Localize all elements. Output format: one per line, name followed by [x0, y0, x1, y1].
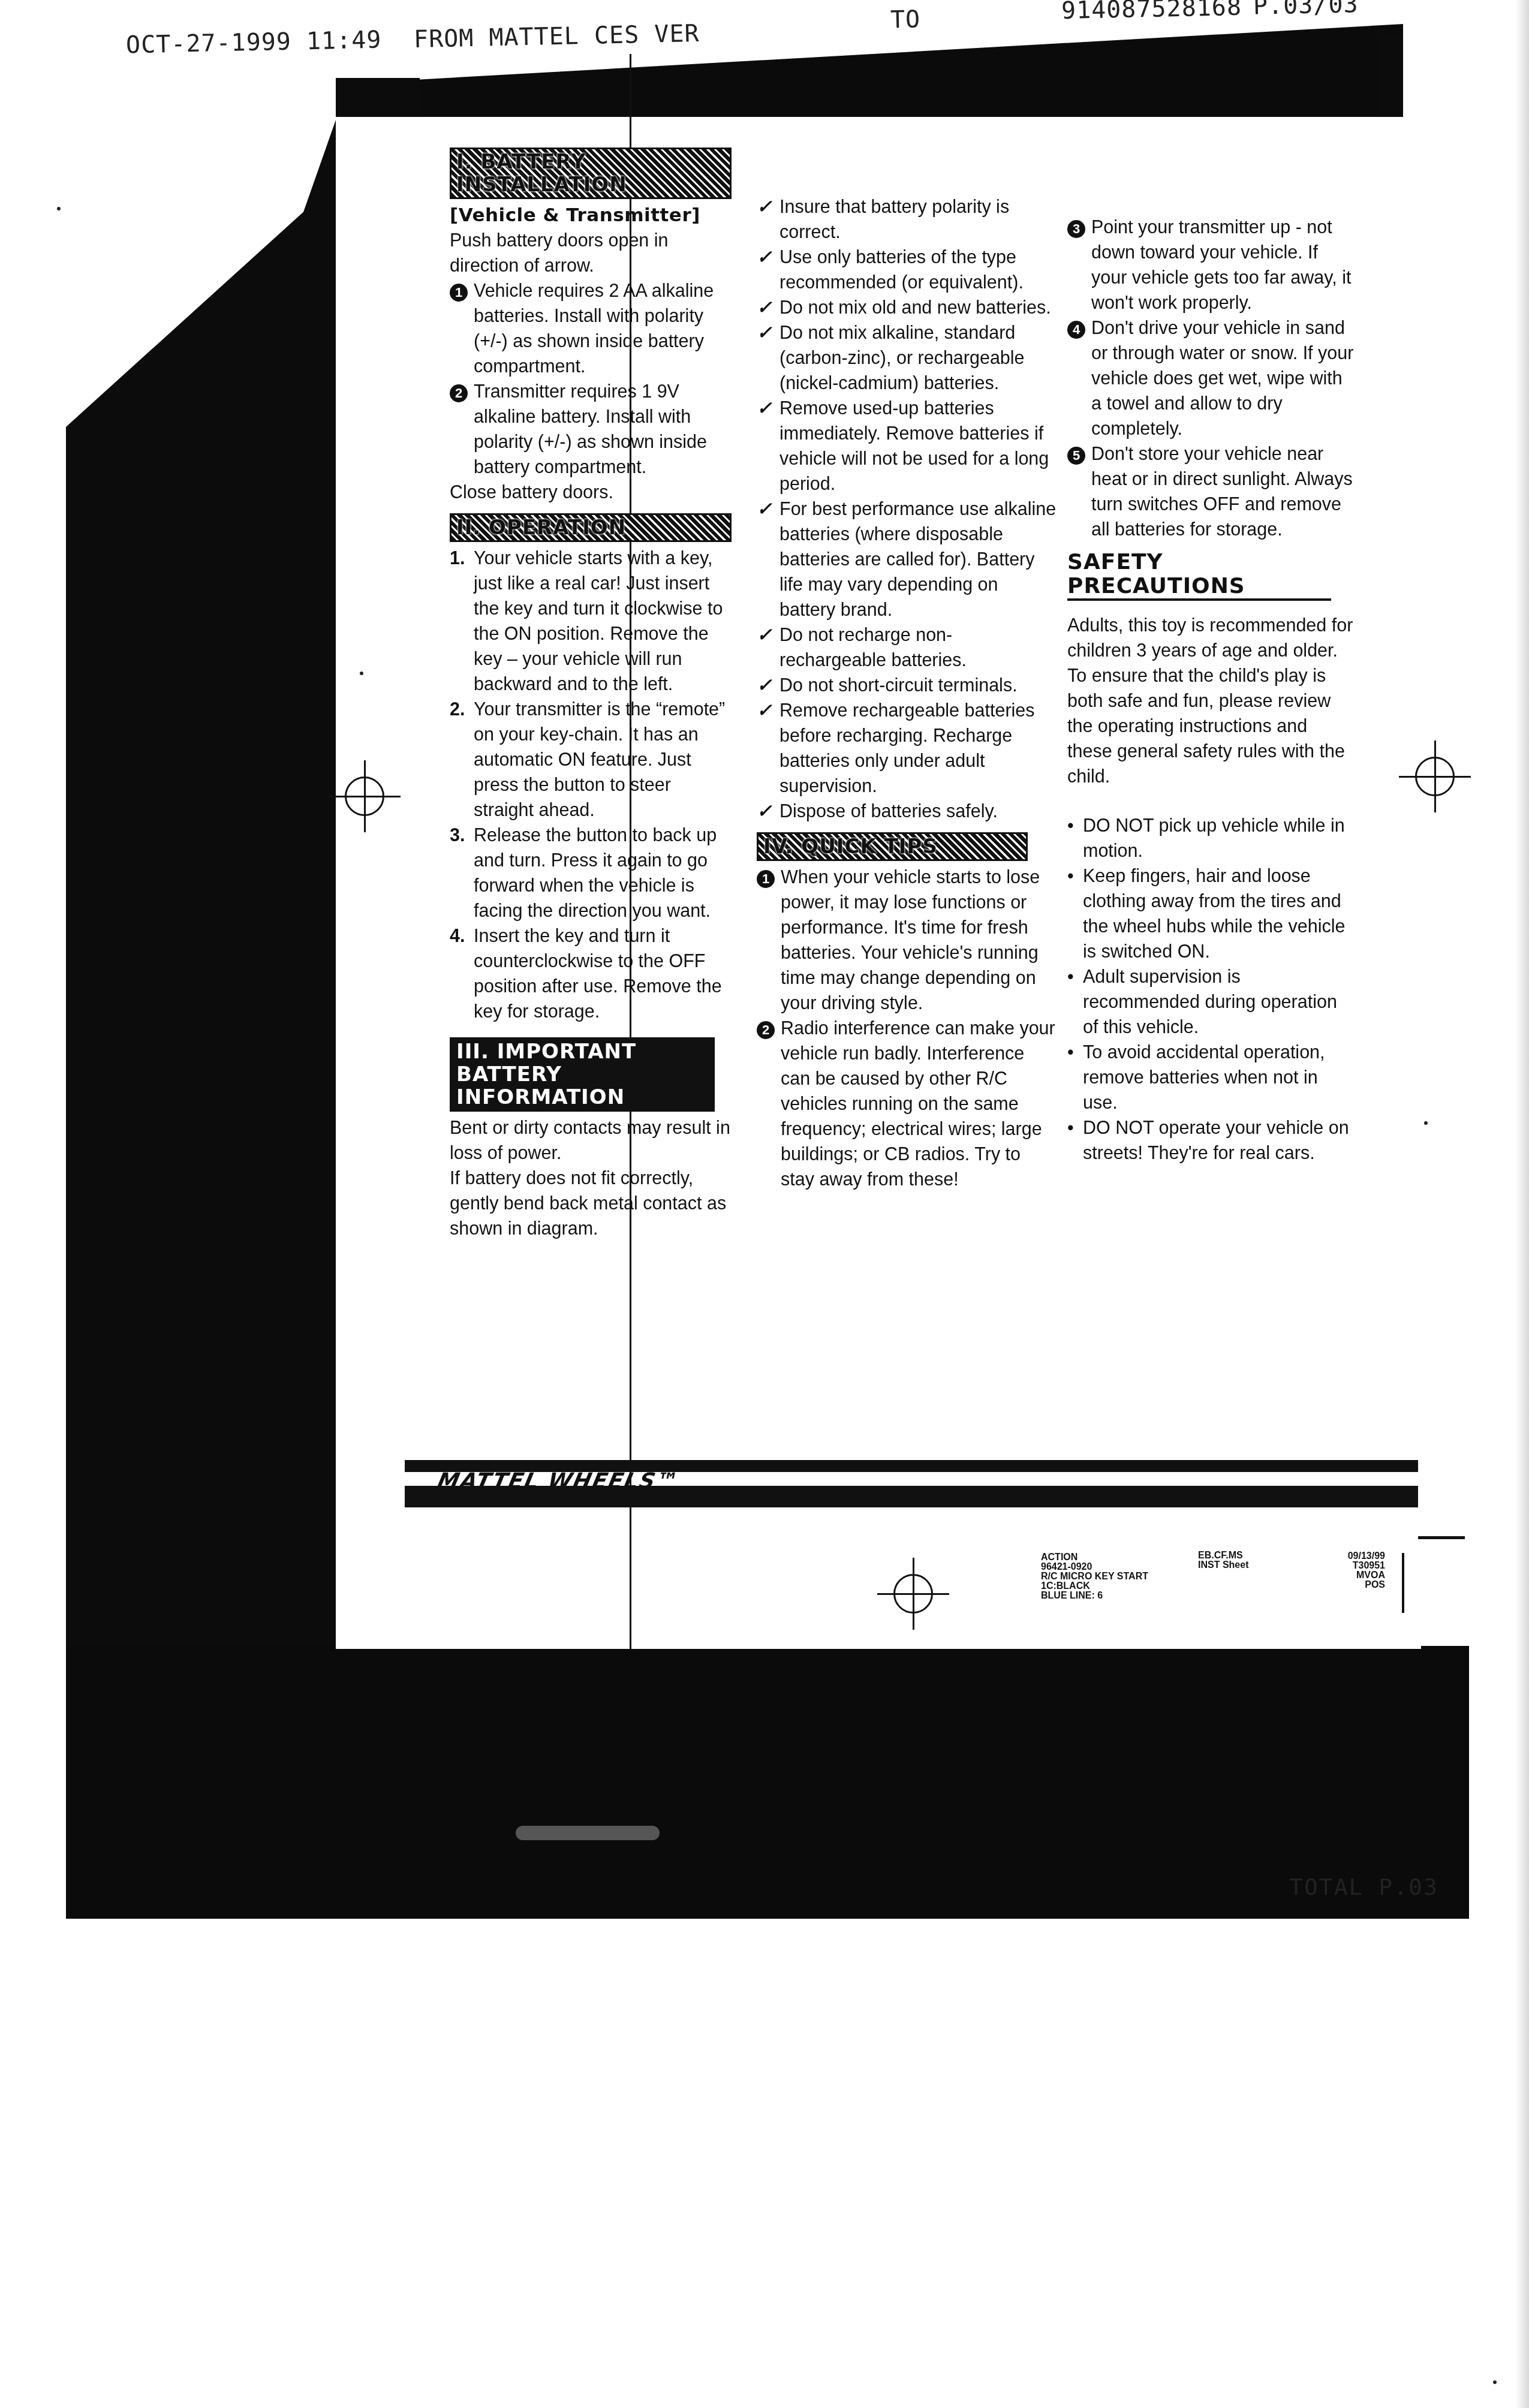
checklist-text: Do not mix old and new batteries.: [779, 295, 1051, 320]
print-info-line: MVOA: [1331, 1571, 1385, 1581]
print-info-line: 1C:BLACK: [1041, 1582, 1148, 1591]
bullet-icon: •: [1067, 813, 1083, 863]
section-heading-operation: II. OPERATION: [450, 513, 732, 542]
checklist-item: ✓For best performance use alkaline batte…: [757, 496, 1057, 622]
scan-speck: [1493, 2380, 1497, 2384]
bullet-icon: •: [1067, 1040, 1083, 1115]
circled-number-icon: 5: [1067, 447, 1085, 465]
checklist-item: ✓Insure that battery polarity is correct…: [757, 194, 1057, 245]
checklist-item: ✓Remove rechargeable batteries before re…: [757, 698, 1057, 799]
scan-edge: [1516, 0, 1529, 2408]
checklist-text: Remove rechargeable batteries before rec…: [779, 698, 1057, 799]
checklist-text: Remove used-up batteries immediately. Re…: [779, 396, 1057, 496]
print-info-line: BLUE LINE: 6: [1041, 1591, 1148, 1601]
section-heading-important-battery-info: III. IMPORTANT BATTERY INFORMATION: [450, 1037, 715, 1112]
safety-bullet-text: Adult supervision is recommended during …: [1083, 964, 1355, 1040]
battery-step: 2 Transmitter requires 1 9V alkaline bat…: [450, 379, 732, 480]
quick-tip: 2 Radio interference can make your vehic…: [757, 1016, 1057, 1192]
safety-bullet-text: DO NOT operate your vehicle on streets! …: [1083, 1115, 1355, 1166]
print-info-line: R/C MICRO KEY START: [1041, 1572, 1148, 1582]
divider: [1418, 1536, 1465, 1539]
print-info-line: POS: [1331, 1581, 1385, 1590]
checklist-text: Dispose of batteries safely.: [779, 799, 998, 824]
checkmark-icon: ✓: [757, 799, 779, 824]
registration-mark-icon: [1415, 757, 1455, 796]
fax-total-pages: TOTAL P.03: [1289, 1874, 1438, 1900]
operation-step: 2. Your transmitter is the “remote” on y…: [450, 697, 732, 823]
scan-artifact-left: [66, 120, 336, 1655]
operation-step-text: Insert the key and turn it counterclockw…: [474, 923, 732, 1024]
fax-from: FROM MATTEL CES VER: [414, 20, 700, 53]
checkmark-icon: ✓: [757, 295, 779, 320]
scan-speck: [57, 207, 61, 210]
section-heading-quick-tips: IV. QUICK TIPS: [757, 832, 1028, 861]
scan-smudge: [516, 1826, 660, 1840]
checklist-text: Do not short-circuit terminals.: [779, 673, 1018, 698]
checklist-text: Use only batteries of the type recommend…: [779, 245, 1057, 295]
print-info-left: ACTION 96421-0920 R/C MICRO KEY START 1C…: [1041, 1553, 1148, 1601]
safety-bullet-text: Keep fingers, hair and loose clothing aw…: [1083, 863, 1355, 964]
quick-tip-text: Don't store your vehicle near heat or in…: [1091, 441, 1355, 542]
safety-bullet: •Keep fingers, hair and loose clothing a…: [1067, 863, 1355, 964]
quick-tip-text: Radio interference can make your vehicle…: [781, 1016, 1057, 1192]
registration-mark-icon: [345, 776, 384, 816]
column-3: 3 Point your transmitter up - not down t…: [1067, 139, 1355, 1166]
quick-tip: 4 Don't drive your vehicle in sand or th…: [1067, 315, 1355, 441]
quick-tip-text: Point your transmitter up - not down tow…: [1091, 215, 1355, 315]
circled-number-icon: 2: [450, 384, 468, 402]
circled-number-icon: 1: [757, 870, 775, 888]
safety-bullet: •Adult supervision is recommended during…: [1067, 964, 1355, 1040]
print-info-middle: EB.CF.MS INST Sheet: [1198, 1551, 1248, 1570]
scan-artifact-bottom: [66, 1646, 1469, 1919]
brand-band-bottom: [405, 1486, 1418, 1507]
checkmark-icon: ✓: [757, 194, 779, 245]
circled-number-icon: 2: [757, 1021, 775, 1039]
battery-closing: Close battery doors.: [450, 480, 732, 505]
checklist-text: Do not mix alkaline, standard (carbon-zi…: [779, 320, 1057, 396]
quick-tip: 5 Don't store your vehicle near heat or …: [1067, 441, 1355, 542]
checklist-item: ✓Remove used-up batteries immediately. R…: [757, 396, 1057, 496]
checklist-item: ✓Do not short-circuit terminals.: [757, 673, 1057, 698]
quick-tip-text: Don't drive your vehicle in sand or thro…: [1091, 315, 1355, 441]
checkmark-icon: ✓: [757, 496, 779, 622]
battery-step-text: Vehicle requires 2 AA alkaline batteries…: [474, 278, 732, 379]
fax-datetime: OCT-27-1999 11:49: [126, 26, 382, 59]
checkmark-icon: ✓: [757, 698, 779, 799]
print-info-line: 96421-0920: [1041, 1563, 1148, 1572]
checkmark-icon: ✓: [757, 396, 779, 496]
fax-to: TO: [890, 5, 921, 34]
safety-bullet-text: DO NOT pick up vehicle while in motion.: [1083, 813, 1355, 863]
checklist-text: Do not recharge non-rechargeable batteri…: [779, 622, 1057, 673]
step-number: 4.: [450, 923, 474, 1024]
checkmark-icon: ✓: [757, 622, 779, 673]
checkmark-icon: ✓: [757, 320, 779, 396]
safety-intro: Adults, this toy is recommended for chil…: [1067, 613, 1355, 789]
registration-mark-icon: [893, 1574, 933, 1614]
print-info-line: INST Sheet: [1198, 1561, 1248, 1570]
safety-bullet-text: To avoid accidental operation, remove ba…: [1083, 1040, 1355, 1115]
battery-intro: Push battery doors open in direction of …: [450, 228, 732, 278]
checkmark-icon: ✓: [757, 245, 779, 295]
checklist-item: ✓Do not recharge non-rechargeable batter…: [757, 622, 1057, 673]
safety-bullet: •DO NOT operate your vehicle on streets!…: [1067, 1115, 1355, 1166]
quick-tip: 1 When your vehicle starts to lose power…: [757, 865, 1057, 1016]
print-info-line: 09/13/99: [1331, 1552, 1385, 1561]
step-number: 2.: [450, 697, 474, 823]
checkmark-icon: ✓: [757, 673, 779, 698]
print-info-line: EB.CF.MS: [1198, 1551, 1248, 1561]
checklist-item: ✓Do not mix alkaline, standard (carbon-z…: [757, 320, 1057, 396]
print-info-right: 09/13/99 T30951 MVOA POS: [1331, 1552, 1385, 1590]
bullet-icon: •: [1067, 863, 1083, 964]
operation-step: 1. Your vehicle starts with a key, just …: [450, 546, 732, 697]
quick-tip-text: When your vehicle starts to lose power, …: [781, 865, 1057, 1016]
column-2: ✓Insure that battery polarity is correct…: [757, 139, 1057, 1192]
operation-step-text: Your transmitter is the “remote” on your…: [474, 697, 732, 823]
column-1: I. BATTERY INSTALLATION [Vehicle & Trans…: [450, 144, 732, 1241]
battery-info-paragraph: Bent or dirty contacts may result in los…: [450, 1115, 732, 1166]
circled-number-icon: 1: [450, 284, 468, 302]
operation-step: 4. Insert the key and turn it counterclo…: [450, 923, 732, 1024]
print-info-line: T30951: [1331, 1561, 1385, 1571]
circled-number-icon: 3: [1067, 220, 1085, 238]
step-number: 1.: [450, 546, 474, 697]
quick-tip: 3 Point your transmitter up - not down t…: [1067, 215, 1355, 315]
checklist-item: ✓Dispose of batteries safely.: [757, 799, 1057, 824]
checklist-text: For best performance use alkaline batter…: [779, 496, 1057, 622]
operation-step-text: Release the button to back up and turn. …: [474, 823, 732, 923]
safety-bullet: •To avoid accidental operation, remove b…: [1067, 1040, 1355, 1115]
operation-step-text: Your vehicle starts with a key, just lik…: [474, 546, 732, 697]
circled-number-icon: 4: [1067, 321, 1085, 339]
print-info-line: ACTION: [1041, 1553, 1148, 1563]
section-subheading: [Vehicle & Transmitter]: [450, 203, 732, 228]
battery-info-paragraph: If battery does not fit correctly, gentl…: [450, 1166, 732, 1241]
bullet-icon: •: [1067, 1115, 1083, 1166]
fax-page-number: P.03/03: [1253, 0, 1359, 20]
checklist-item: ✓Use only batteries of the type recommen…: [757, 245, 1057, 295]
step-number: 3.: [450, 823, 474, 923]
scan-speck: [360, 672, 363, 675]
battery-step-text: Transmitter requires 1 9V alkaline batte…: [474, 379, 732, 480]
scan-speck: [1424, 1121, 1428, 1125]
divider: [1402, 1553, 1404, 1613]
checklist-item: ✓Do not mix old and new batteries.: [757, 295, 1057, 320]
section-heading-battery-installation: I. BATTERY INSTALLATION: [450, 148, 732, 199]
safety-bullet: •DO NOT pick up vehicle while in motion.: [1067, 813, 1355, 863]
bullet-icon: •: [1067, 964, 1083, 1040]
section-heading-safety: SAFETY PRECAUTIONS: [1067, 550, 1331, 601]
fax-number: 914087528168: [1061, 0, 1242, 25]
checklist-text: Insure that battery polarity is correct.: [779, 194, 1057, 245]
battery-step: 1 Vehicle requires 2 AA alkaline batteri…: [450, 278, 732, 379]
operation-step: 3. Release the button to back up and tur…: [450, 823, 732, 923]
